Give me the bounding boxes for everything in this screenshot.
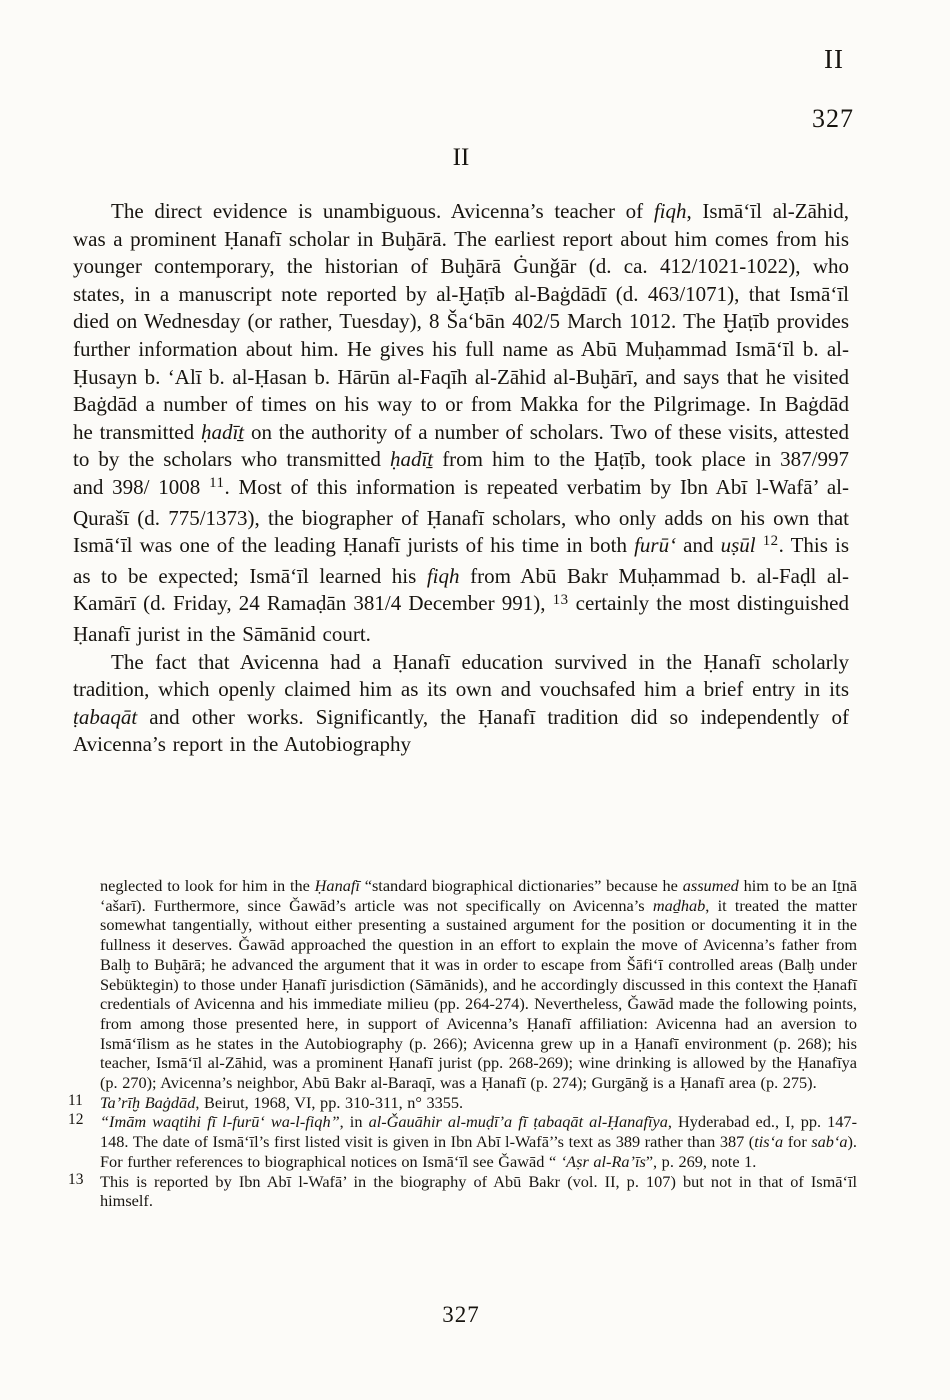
running-head-numeral: II	[824, 44, 844, 75]
footnote-text: “Imām waqtihi fī l-furū‘ wa-l-fiqh”, in …	[100, 1112, 857, 1170]
footnote-text: This is reported by Ibn Abī l-Wafā’ in t…	[100, 1172, 857, 1211]
page-number-bottom: 327	[73, 1302, 849, 1328]
footnote-item-11: 11Ta’rīḫ Baġdād, Beirut, 1968, VI, pp. 3…	[100, 1093, 857, 1113]
footnote-text: Ta’rīḫ Baġdād, Beirut, 1968, VI, pp. 310…	[100, 1093, 463, 1112]
page-number-top: 327	[812, 104, 854, 134]
footnote-number: 11	[68, 1091, 83, 1111]
footnote-number: 12	[68, 1110, 84, 1130]
body-text: The direct evidence is unambiguous. Avic…	[73, 198, 849, 759]
footnotes-section: neglected to look for him in the Ḥanafī …	[100, 876, 857, 1211]
footnote-number: 13	[68, 1170, 84, 1190]
footnote-item-12: 12“Imām waqtihi fī l-furū‘ wa-l-fiqh”, i…	[100, 1112, 857, 1171]
body-paragraph-2: The fact that Avicenna had a Ḥanafī educ…	[73, 649, 849, 759]
section-heading: II	[73, 144, 849, 172]
page: II 327 II The direct evidence is unambig…	[0, 0, 950, 1400]
footnote-item-13: 13This is reported by Ibn Abī l-Wafā’ in…	[100, 1172, 857, 1211]
footnote-continuation: neglected to look for him in the Ḥanafī …	[100, 876, 857, 1093]
body-paragraph-1: The direct evidence is unambiguous. Avic…	[73, 198, 849, 649]
